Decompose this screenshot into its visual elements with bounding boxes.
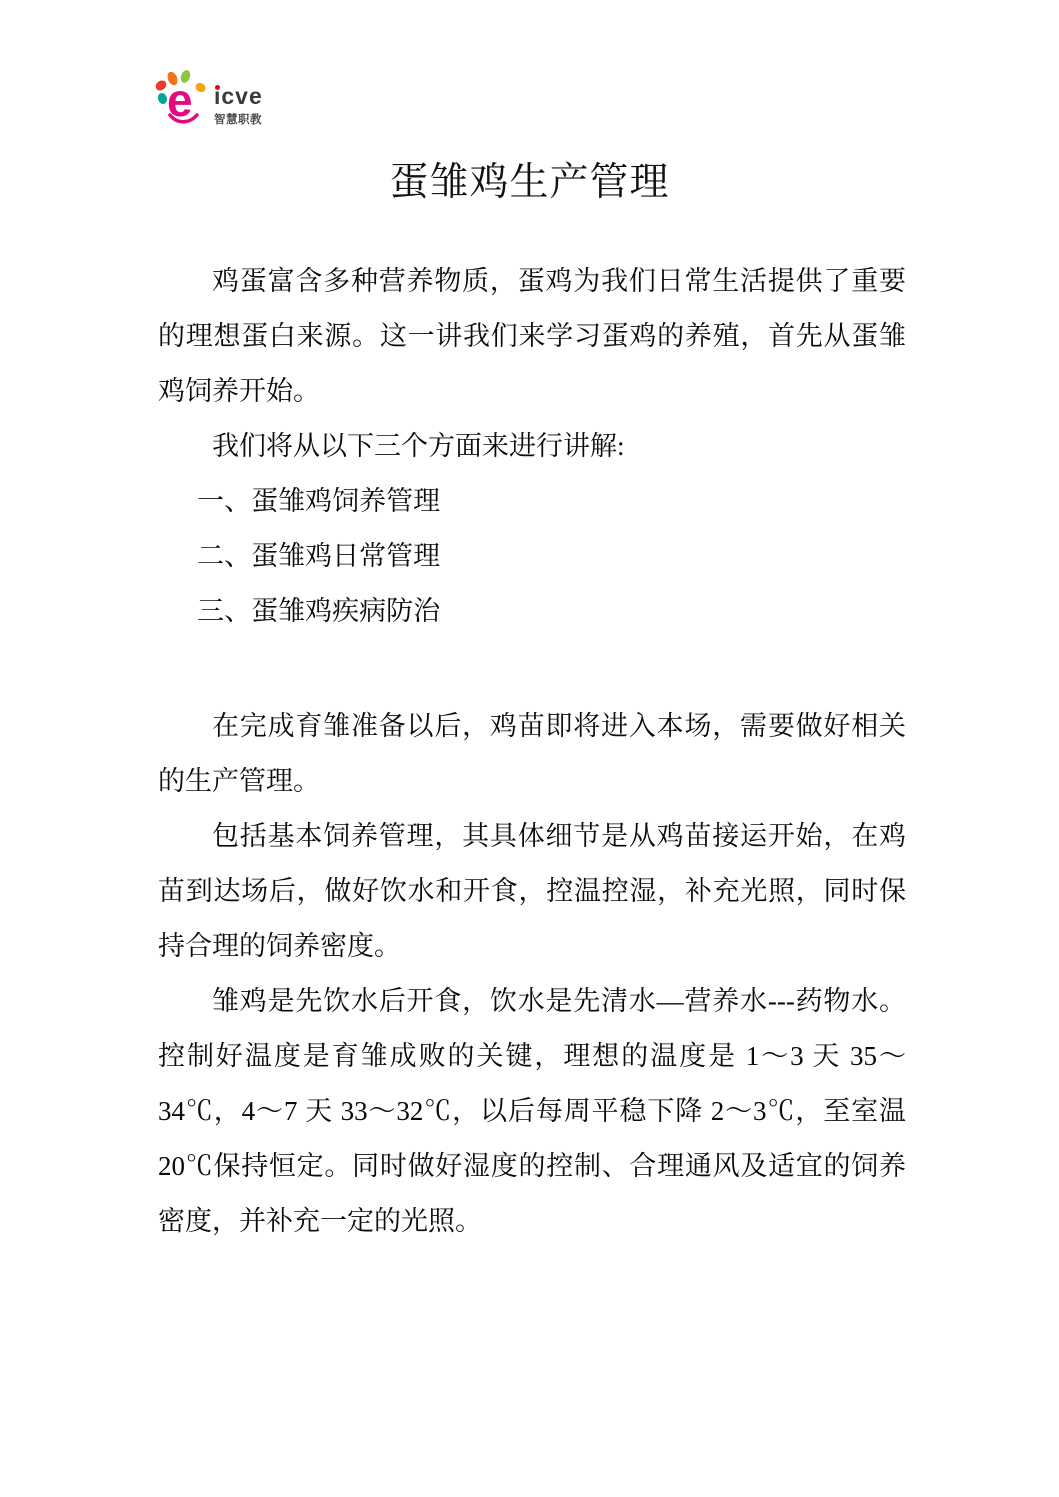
paragraph-spacer (158, 639, 906, 699)
body-paragraph-1: 在完成育雏准备以后，鸡苗即将进入本场，需要做好相关的生产管理。 (158, 699, 906, 809)
body-paragraph-2: 包括基本饲养管理，其具体细节是从鸡苗接运开始，在鸡苗到达场后，做好饮水和开食，控… (158, 809, 906, 974)
dot-orange-icon (194, 81, 207, 94)
section-lead: 我们将从以下三个方面来进行讲解: (158, 419, 906, 474)
icve-logo: e icve 智慧职教 (155, 70, 263, 127)
document-page: e icve 智慧职教 蛋雏鸡生产管理 鸡蛋富含多种营养物质，蛋鸡为我们日常生活… (0, 0, 1059, 1497)
intro-paragraph: 鸡蛋富含多种营养物质，蛋鸡为我们日常生活提供了重要的理想蛋白来源。这一讲我们来学… (158, 254, 906, 419)
icve-flower-icon: e (155, 70, 207, 126)
brand-i-dot-icon (215, 85, 220, 90)
brand-subtitle: 智慧职教 (214, 111, 263, 127)
outline-item-1: 一、蛋雏鸡饲养管理 (158, 474, 906, 529)
brand-wordmark: icve (214, 85, 263, 108)
page-title: 蛋雏鸡生产管理 (0, 155, 1059, 210)
outline-item-3: 三、蛋雏鸡疾病防治 (158, 584, 906, 639)
brand-text: icve (214, 83, 263, 109)
document-body: 鸡蛋富含多种营养物质，蛋鸡为我们日常生活提供了重要的理想蛋白来源。这一讲我们来学… (158, 254, 906, 1249)
logo-text-block: icve 智慧职教 (214, 85, 263, 127)
outline-item-2: 二、蛋雏鸡日常管理 (158, 529, 906, 584)
body-paragraph-3: 雏鸡是先饮水后开食，饮水是先清水—营养水---药物水。控制好温度是育雏成败的关键… (158, 974, 906, 1249)
